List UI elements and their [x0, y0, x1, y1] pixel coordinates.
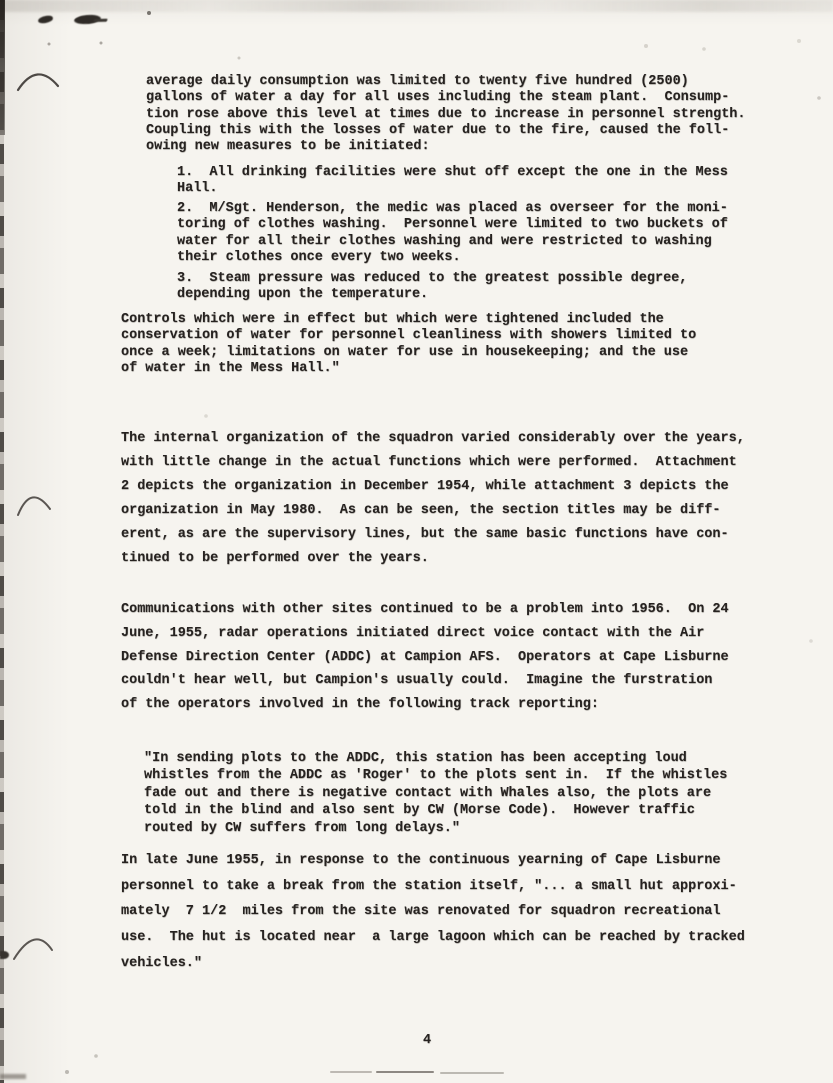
ink-smudge — [38, 15, 54, 24]
page-number: 4 — [423, 1034, 431, 1048]
ink-smudge — [73, 14, 102, 26]
scan-specks — [0, 0, 2, 2]
binder-ring-mark — [16, 70, 60, 97]
scanned-document-page: average daily consumption was limited to… — [0, 0, 833, 1083]
blockquote-track-reporting: "In sending plots to the ADDC, this stat… — [144, 750, 727, 837]
paragraph-controls: Controls which were in effect but which … — [121, 312, 696, 377]
paragraph-internal-organization: The internal organization of the squadro… — [121, 427, 745, 572]
scan-shadow-top — [0, 0, 833, 12]
binder-ring-mark — [12, 934, 54, 966]
list-item-drinking-facilities: 1. All drinking facilities were shut off… — [177, 165, 728, 198]
paragraph-water-consumption: average daily consumption was limited to… — [146, 74, 746, 155]
scan-edge-left — [0, 0, 4, 1083]
scan-mark-left — [0, 951, 9, 959]
binder-ring-mark — [16, 491, 52, 522]
list-item-steam-pressure: 3. Steam pressure was reduced to the gre… — [177, 271, 687, 304]
paragraph-communications: Communications with other sites continue… — [121, 598, 729, 717]
paragraph-recreation-hut: In late June 1955, in response to the co… — [121, 848, 745, 977]
list-item-clothes-washing: 2. M/Sgt. Henderson, the medic was place… — [177, 201, 728, 266]
scan-smudge-bottom — [0, 1074, 26, 1079]
